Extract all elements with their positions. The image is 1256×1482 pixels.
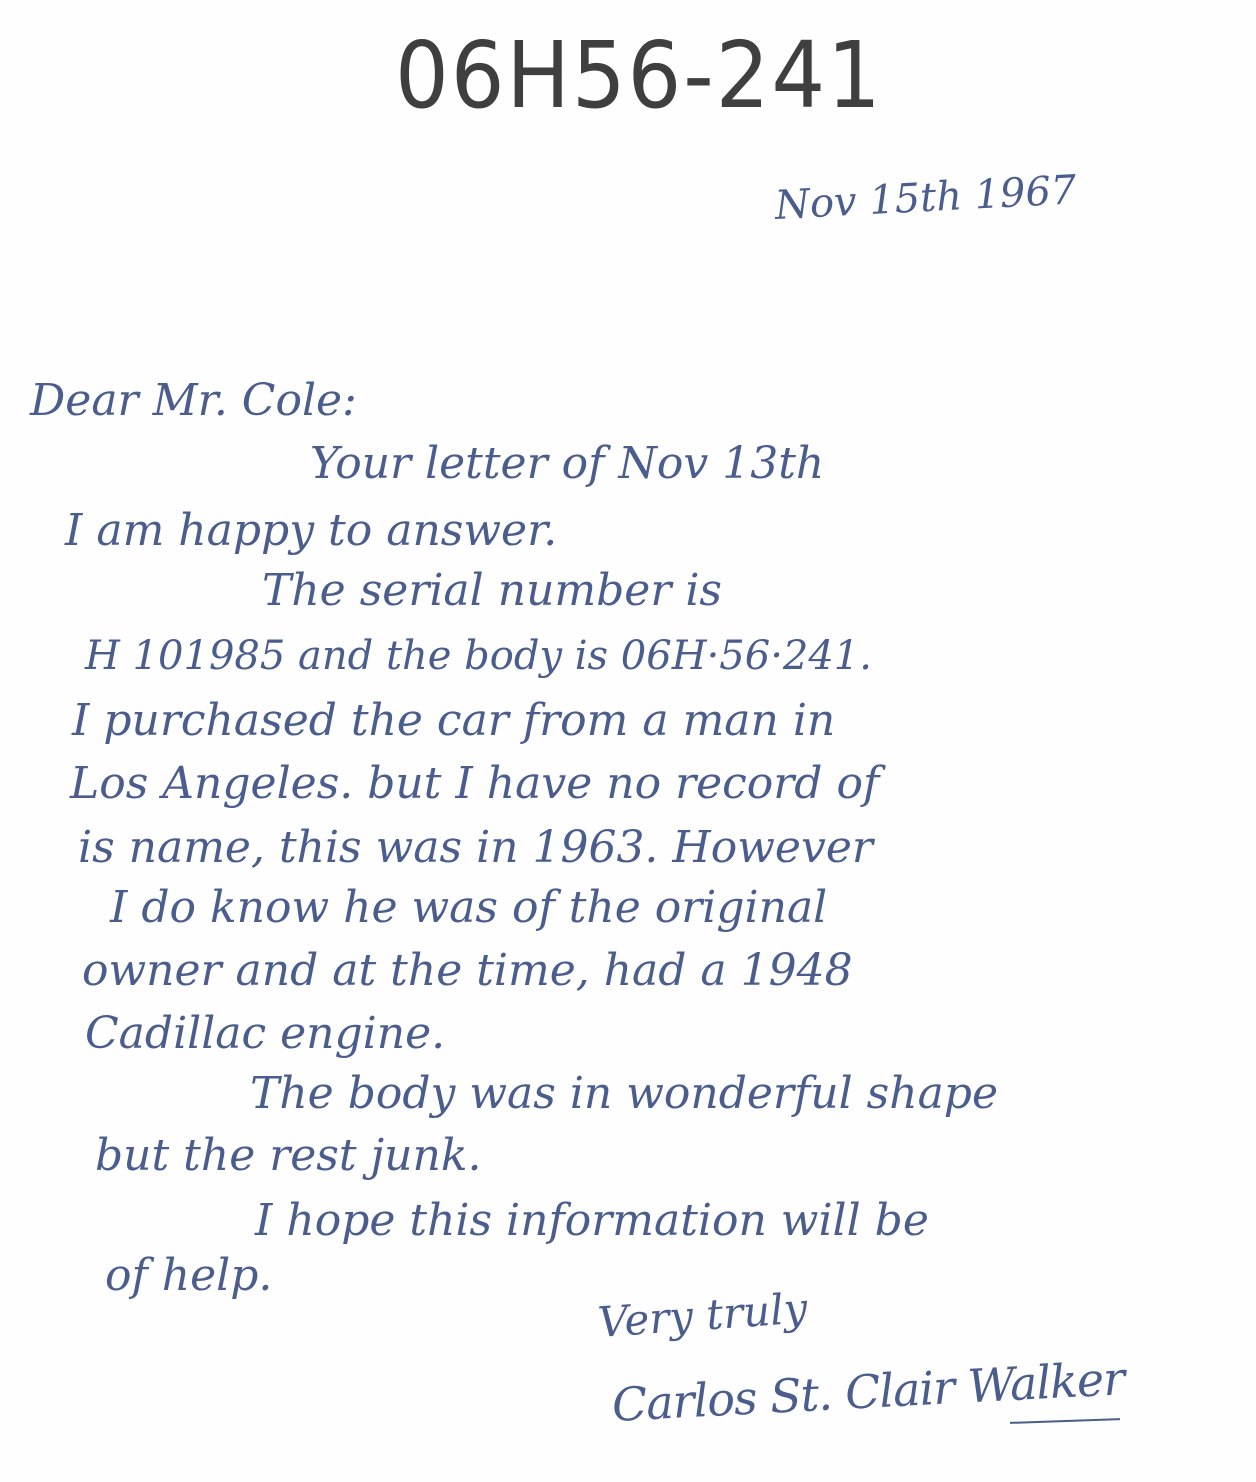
letter-line: is name, this was in 1963. However <box>78 822 873 873</box>
letter-line: The body was in wonderful shape <box>250 1068 998 1119</box>
letter-line: I hope this information will be <box>255 1195 929 1246</box>
letter-date: Nov 15th 1967 <box>774 167 1078 229</box>
signature-flourish <box>1010 1418 1120 1424</box>
letter-page: 06H56-241 Nov 15th 1967 Dear Mr. Cole: Y… <box>0 0 1256 1482</box>
letter-line: Los Angeles. but I have no record of <box>70 758 879 809</box>
letter-line: H 101985 and the body is 06H·56·241. <box>85 633 872 679</box>
closing: Very truly <box>596 1283 809 1347</box>
letter-line: Your letter of Nov 13th <box>310 438 824 489</box>
letter-line: I do know he was of the original <box>110 882 827 933</box>
letter-line: but the rest junk. <box>95 1130 482 1181</box>
letter-line: owner and at the time, had a 1948 <box>82 945 853 996</box>
letter-line: The serial number is <box>262 565 722 616</box>
letter-line: I purchased the car from a man in <box>72 695 835 746</box>
body-number-heading: 06H56-241 <box>395 22 883 129</box>
letter-line: of help. <box>105 1250 272 1301</box>
letter-line: I am happy to answer. <box>65 505 557 556</box>
salutation: Dear Mr. Cole: <box>30 375 357 426</box>
letter-line: Cadillac engine. <box>85 1008 445 1059</box>
